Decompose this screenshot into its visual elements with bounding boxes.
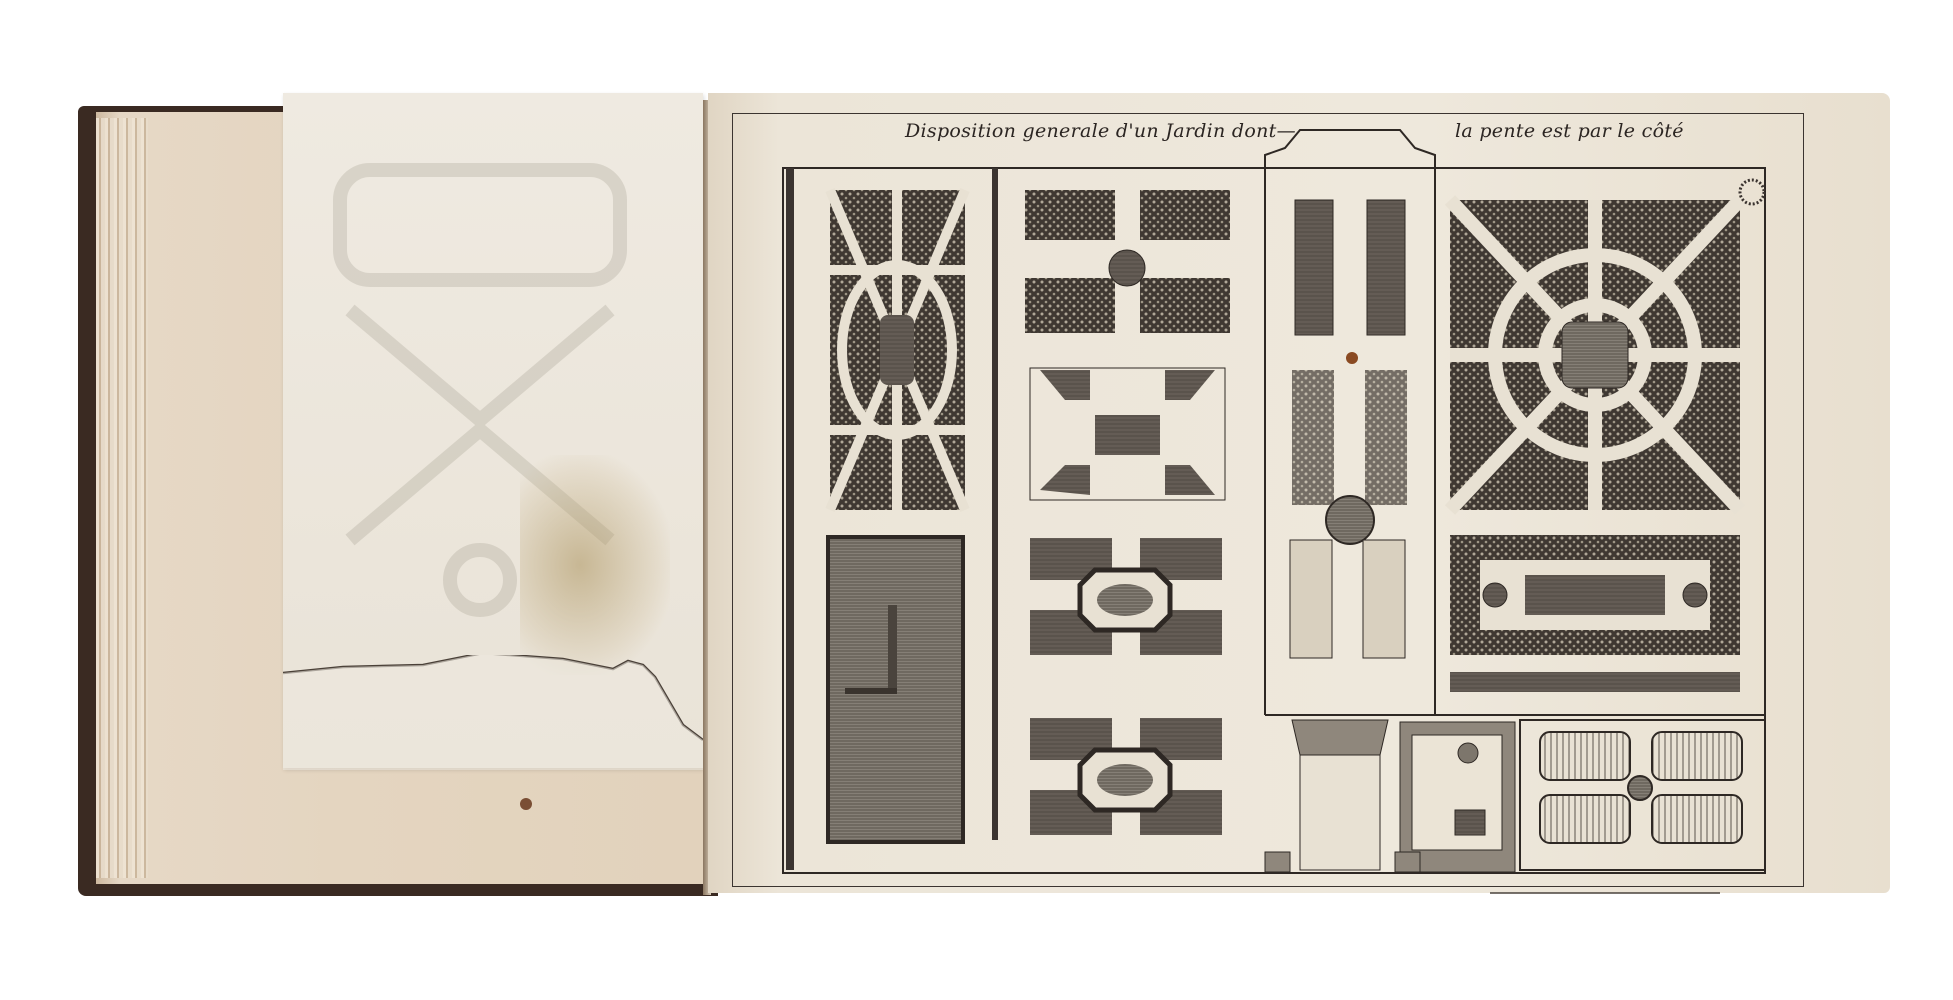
great-circular-parterre <box>1450 180 1764 510</box>
oblong-parterre <box>1450 535 1740 692</box>
bosquet-quinconce <box>1025 190 1230 333</box>
octagon-basin-parterres <box>1030 538 1222 835</box>
basin-rectangular <box>828 537 963 842</box>
kitchen-garden <box>1520 720 1765 870</box>
buildings <box>1265 720 1515 872</box>
parterre-de-broderie-left <box>830 190 965 510</box>
central-allee <box>1290 200 1407 658</box>
garden-plan <box>0 0 1953 1000</box>
star-parterre <box>1030 368 1225 500</box>
